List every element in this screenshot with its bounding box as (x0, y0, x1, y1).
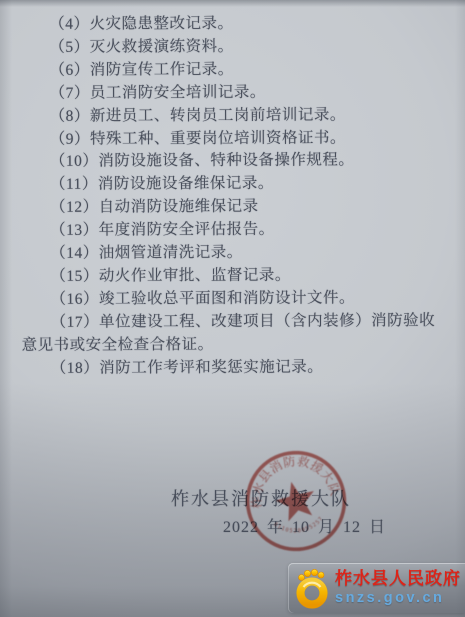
document-lines: （4）火灾隐患整改记录。（5）灭火救援演练资料。（6）消防宣传工作记录。（7）员… (0, 12, 465, 381)
document-line: （8）新进员工、转岗员工岗前培训记录。 (0, 104, 465, 129)
paw-print-logo-icon (293, 567, 331, 609)
seal-star-icon (272, 477, 319, 523)
document-line: （12）自动消防设施维保记录 (0, 195, 465, 220)
document-line: （6）消防宣传工作记录。 (0, 58, 464, 83)
document-line: （4）火灾隐患整改记录。 (0, 12, 464, 37)
site-watermark-banner: 柞水县人民政府 snzs.gov.cn (288, 563, 465, 613)
document-line: （9）特殊工种、重要岗位培训资格证书。 (0, 127, 465, 152)
document-line: （17）单位建设工程、改建项目（含内装修）消防验收 (1, 310, 465, 335)
seal-code-number: 6110520055257 (271, 510, 327, 541)
document-line: （13）年度消防安全评估报告。 (0, 218, 465, 243)
document-photo: （4）火灾隐患整改记录。（5）灭火救援演练资料。（6）消防宣传工作记录。（7）员… (0, 0, 465, 617)
document-line: （10）消防设施设备、特种设备操作规程。 (0, 149, 465, 174)
site-name: 柞水县人民政府 (335, 570, 461, 587)
svg-text:6110520055257: 6110520055257 (271, 510, 327, 541)
document-line: （15）动火作业审批、监督记录。 (0, 264, 465, 289)
document-line: （18）消防工作考评和奖惩实施记录。 (1, 356, 465, 381)
site-url: snzs.gov.cn (335, 591, 461, 606)
document-line: （7）员工消防安全培训记录。 (0, 81, 465, 106)
document-line: （16）竣工验收总平面图和消防设计文件。 (0, 287, 465, 312)
document-line: （14）油烟管道清洗记录。 (0, 241, 465, 266)
document-line: （5）灭火救援演练资料。 (0, 35, 464, 60)
official-seal: 柞水县消防救援大队 6110520055257 (233, 438, 359, 564)
document-line: （11）消防设施设备维保记录。 (0, 172, 465, 197)
document-line: 意见书或安全检查合格证。 (1, 333, 465, 358)
